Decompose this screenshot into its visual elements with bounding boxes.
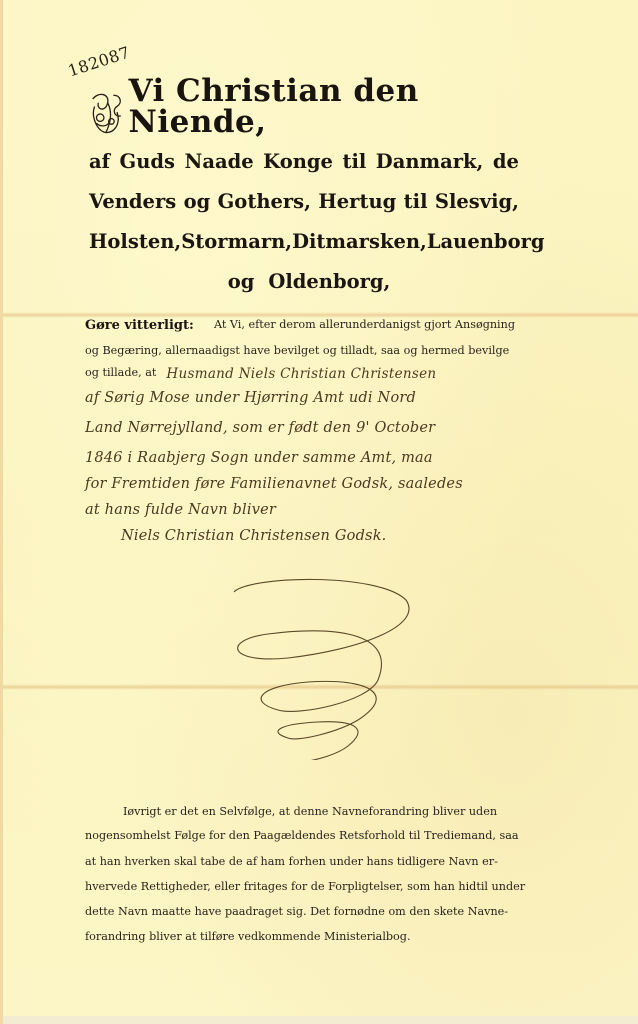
proclamation-line-1: Gøre vitterligt: At Vi, efter derom alle… xyxy=(85,318,515,333)
spiral-flourish-icon xyxy=(228,570,418,760)
proclamation-line-2: og Begæring, allernaadigst have bevilget… xyxy=(85,344,515,357)
heading-word: de xyxy=(493,150,519,173)
heading-word: og xyxy=(184,190,211,213)
heading-word: Oldenborg, xyxy=(268,270,390,293)
heading-line-4: og Oldenborg, xyxy=(89,270,529,293)
heading-word: Gothers, xyxy=(218,190,311,213)
handwritten-line-3: 1846 i Raabjerg Sogn under samme Amt, ma… xyxy=(85,450,525,466)
proclamation-text: og Begæring, allernaadigst have bevilget… xyxy=(85,344,509,357)
handwritten-line-4: for Fremtiden føre Familienavnet Godsk, … xyxy=(85,476,525,492)
heading-word: Slesvig, xyxy=(435,190,519,213)
heading-word: til xyxy=(404,190,428,213)
closing-line-4: hvervede Rettigheder, eller fritages for… xyxy=(85,880,515,893)
proclamation-text: At Vi, efter derom allerunderdanigst gjo… xyxy=(214,318,515,333)
heading-word: Konge xyxy=(263,150,333,173)
heading-word: og xyxy=(228,270,255,293)
heading-line-2: Venders og Gothers, Hertug til Slesvig, xyxy=(89,190,519,213)
handwritten-line-2: Land Nørrejylland, som er født den 9' Oc… xyxy=(85,420,525,436)
handwritten-name: Husmand Niels Christian Christensen xyxy=(166,366,436,382)
heading-word: Lauenborg xyxy=(427,230,545,253)
heading-word: Holsten, xyxy=(89,230,181,253)
heading-line-3: Holsten, Stormarn, Ditmarsken, Lauenborg xyxy=(89,230,519,253)
heading-word: Hertug xyxy=(318,190,396,213)
title-text: Vi Christian den Niende, xyxy=(128,76,539,138)
document-page: 182087 Vi Christian den Niende, af Guds … xyxy=(0,0,638,1024)
proclamation-text: og tillade, at xyxy=(85,366,156,382)
closing-line-5: dette Navn maatte have paadraget sig. De… xyxy=(85,905,515,918)
page-bottom-edge xyxy=(3,1016,638,1024)
heading-line-1: af Guds Naade Konge til Danmark, de xyxy=(89,150,519,173)
heading-word: Stormarn, xyxy=(181,230,292,253)
new-name: Niels Christian Christensen Godsk. xyxy=(121,528,561,544)
closing-line-2: nogensomhelst Følge for den Paagældendes… xyxy=(85,829,515,842)
serial-number: 182087 xyxy=(66,43,133,81)
proclamation-lead: Gøre vitterligt: xyxy=(85,318,194,333)
closing-line-3: at han hverken skal tabe de af ham forhe… xyxy=(85,855,515,868)
handwritten-line-5: at hans fulde Navn bliver xyxy=(85,502,525,518)
heading-word: af xyxy=(89,150,110,173)
ornate-initial-v-icon xyxy=(89,88,124,138)
closing-line-6: forandring bliver at tilføre vedkommende… xyxy=(85,930,515,943)
handwritten-line-1: af Sørig Mose under Hjørring Amt udi Nor… xyxy=(85,390,525,406)
document-title: Vi Christian den Niende, xyxy=(89,76,539,138)
heading-word: Naade xyxy=(185,150,254,173)
proclamation-line-3: og tillade, at Husmand Niels Christian C… xyxy=(85,366,515,382)
heading-word: Ditmarsken, xyxy=(292,230,427,253)
heading-word: Venders xyxy=(89,190,176,213)
heading-word: Guds xyxy=(120,150,175,173)
heading-word: til xyxy=(342,150,366,173)
closing-line-1: Iøvrigt er det en Selvfølge, at denne Na… xyxy=(123,805,515,818)
heading-word: Danmark, xyxy=(376,150,484,173)
